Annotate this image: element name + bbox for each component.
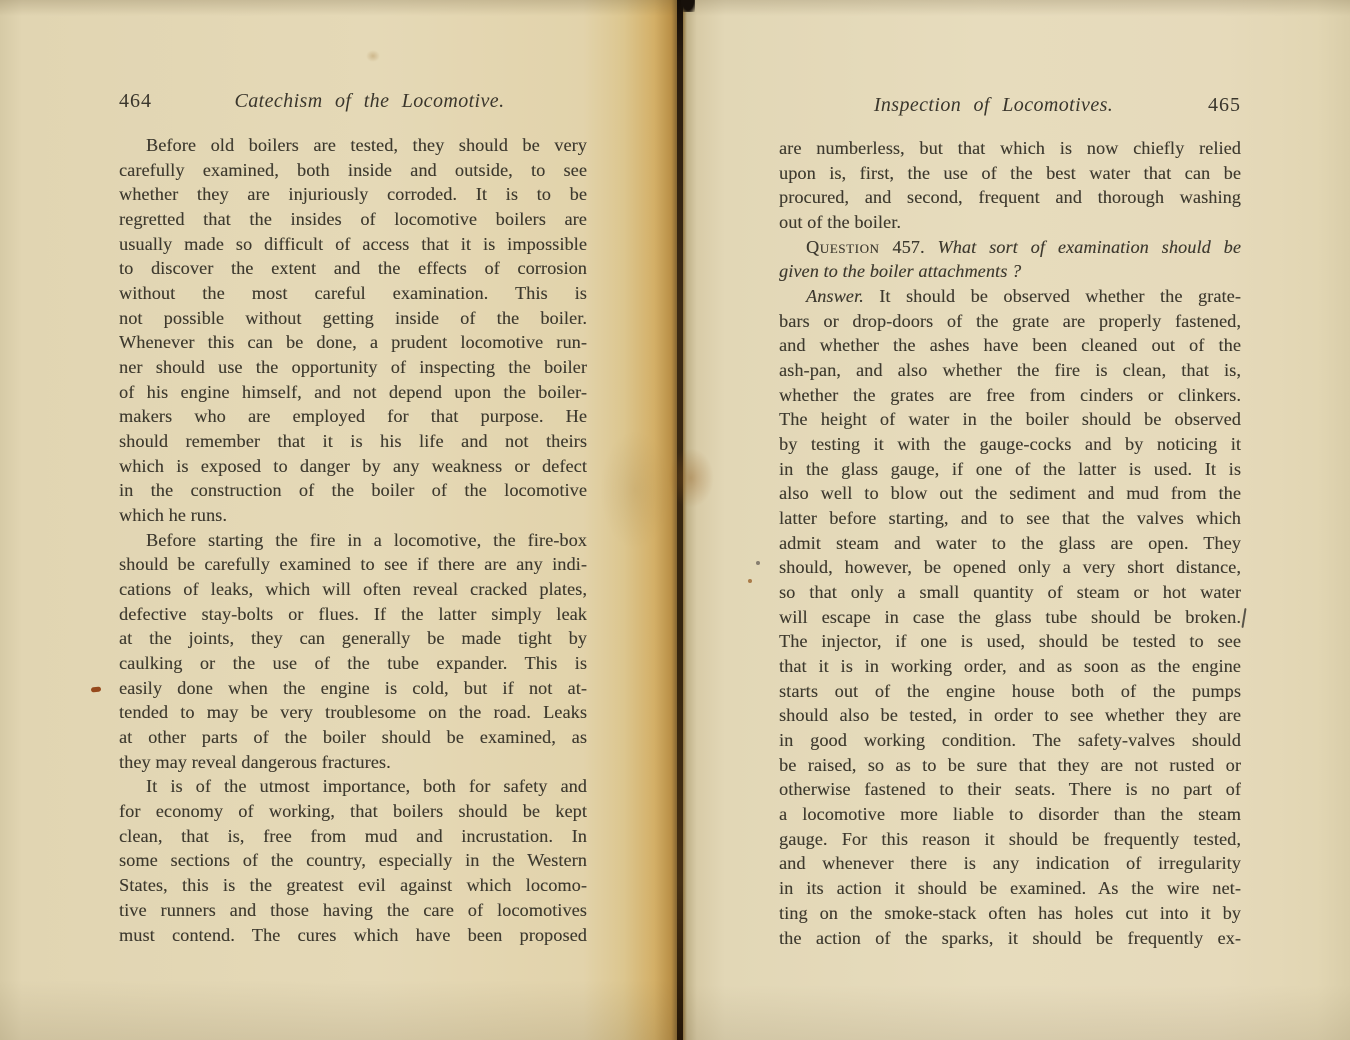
text-line: Answer. It should be observed whether th… (779, 284, 1241, 309)
text-line: Before old boilers are tested, they shou… (119, 133, 587, 158)
text-line: of his engine himself, and not depend up… (119, 380, 587, 405)
text-line: tended to may be very troublesome on the… (119, 700, 587, 725)
text-line: in the glass gauge, if one of the latter… (779, 457, 1241, 482)
text-line: makers who are employed for that purpose… (119, 404, 587, 429)
text-line: are numberless, but that which is now ch… (779, 136, 1241, 161)
text-line: in good working condition. The safety-va… (779, 728, 1241, 753)
text-line: whether they are injuriously corroded. I… (119, 182, 587, 207)
left-running-title: Catechism of the Locomotive. (152, 90, 587, 113)
text-line: be raised, so as to be sure that they ar… (779, 753, 1241, 778)
text-line: starts out of the engine house both of t… (779, 679, 1241, 704)
right-page-number: 465 (1208, 94, 1241, 117)
foxing-spot (366, 50, 380, 62)
margin-speck-mark (748, 579, 752, 583)
text-line: easily done when the engine is cold, but… (119, 676, 587, 701)
text-line: not possible without getting inside of t… (119, 306, 587, 331)
text-line: otherwise fastened to their seats. There… (779, 777, 1241, 802)
text-line: some sections of the country, especially… (119, 848, 587, 873)
text-line: Question 457. What sort of examination s… (779, 235, 1241, 260)
text-line: ting on the smoke-stack often has holes … (779, 901, 1241, 926)
binding-notch (681, 0, 695, 12)
text-line: in its action it should be examined. As … (779, 876, 1241, 901)
text-line: also well to blow out the sediment and m… (779, 481, 1241, 506)
text-line: admit steam and water to the glass are o… (779, 531, 1241, 556)
text-line: regretted that the insides of locomotive… (119, 207, 587, 232)
text-line: at other parts of the boiler should be e… (119, 725, 587, 750)
book-gutter (677, 0, 683, 1040)
text-line: caulking or the use of the tube expander… (119, 651, 587, 676)
text-line: which is exposed to danger by any weakne… (119, 454, 587, 479)
left-page-header: 464 Catechism of the Locomotive. (119, 90, 587, 113)
text-line: in the construction of the boiler of the… (119, 478, 587, 503)
text-line: should also be tested, in order to see w… (779, 703, 1241, 728)
right-running-title: Inspection of Locomotives. (779, 94, 1208, 117)
text-line: must contend. The cures which have been … (119, 923, 587, 948)
text-line: The injector, if one is used, should be … (779, 629, 1241, 654)
text-line: It is of the utmost importance, both for… (119, 774, 587, 799)
text-line: tive runners and those having the care o… (119, 898, 587, 923)
text-line: should, however, be opened only a very s… (779, 555, 1241, 580)
text-line: clean, that is, free from mud and incrus… (119, 824, 587, 849)
gutter-stain (668, 448, 714, 508)
text-line: and whether the ashes have been cleaned … (779, 333, 1241, 358)
text-line: by testing it with the gauge-cocks and b… (779, 432, 1241, 457)
text-line: defective stay-bolts or flues. If the la… (119, 602, 587, 627)
text-line: that it is in working order, and as soon… (779, 654, 1241, 679)
text-line: bars or drop-doors of the grate are prop… (779, 309, 1241, 334)
book-spread: 464 Catechism of the Locomotive. Inspect… (0, 0, 1350, 1040)
text-line: should be carefully examined to see if t… (119, 552, 587, 577)
text-line: to discover the extent and the effects o… (119, 256, 587, 281)
text-line: and whenever there is any indication of … (779, 851, 1241, 876)
text-line: ner should use the opportunity of inspec… (119, 355, 587, 380)
text-line: which he runs. (119, 503, 587, 528)
margin-dot-mark (756, 561, 760, 565)
right-page-text: are numberless, but that which is now ch… (779, 136, 1241, 950)
text-line: ash-pan, and also whether the fire is cl… (779, 358, 1241, 383)
text-line: out of the boiler. (779, 210, 1241, 235)
text-line: Before starting the fire in a locomotive… (119, 528, 587, 553)
text-line: carefully examined, both inside and outs… (119, 158, 587, 183)
text-line: States, this is the greatest evil agains… (119, 873, 587, 898)
text-line: The height of water in the boiler should… (779, 407, 1241, 432)
text-line: given to the boiler attachments ? (779, 259, 1241, 284)
text-line: Whenever this can be done, a prudent loc… (119, 330, 587, 355)
text-line: so that only a small quantity of steam o… (779, 580, 1241, 605)
text-line: at the joints, they can generally be mad… (119, 626, 587, 651)
text-line: latter before starting, and to see that … (779, 506, 1241, 531)
foxing-spot (600, 430, 670, 550)
text-line: should remember that it is his life and … (119, 429, 587, 454)
text-line: usually made so difficult of access that… (119, 232, 587, 257)
right-page-header: Inspection of Locomotives. 465 (779, 94, 1241, 117)
text-line: they may reveal dangerous fractures. (119, 750, 587, 775)
text-line: the action of the sparks, it should be f… (779, 926, 1241, 951)
text-line: without the most careful examination. Th… (119, 281, 587, 306)
text-line: whether the grates are free from cinders… (779, 383, 1241, 408)
text-line: will escape in case the glass tube shoul… (779, 605, 1241, 630)
text-line: for economy of working, that boilers sho… (119, 799, 587, 824)
left-page-number: 464 (119, 90, 152, 113)
left-page-text: Before old boilers are tested, they shou… (119, 133, 587, 947)
text-line: upon is, first, the use of the best wate… (779, 161, 1241, 186)
text-line: a locomotive more liable to disorder tha… (779, 802, 1241, 827)
text-line: cations of leaks, which will often revea… (119, 577, 587, 602)
text-line: gauge. For this reason it should be freq… (779, 827, 1241, 852)
text-line: procured, and second, frequent and thoro… (779, 185, 1241, 210)
